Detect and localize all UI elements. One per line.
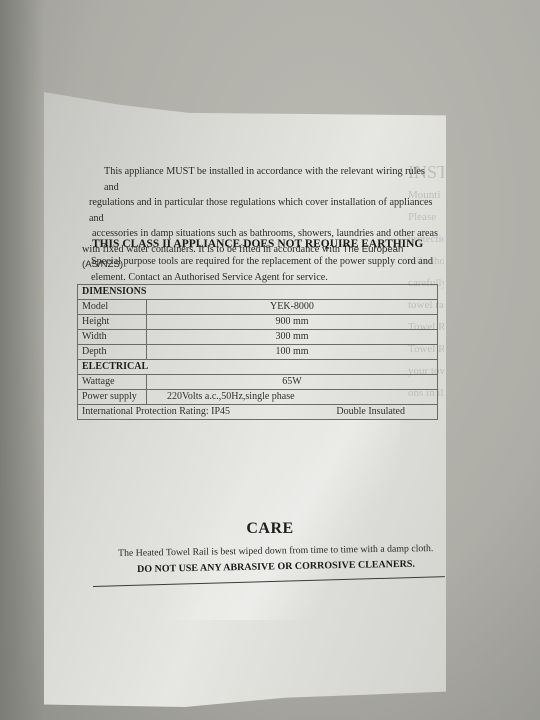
care-heading: CARE (80, 520, 460, 538)
service-paragraph: Special purpose tools are required for t… (91, 254, 451, 285)
spec-value: 300 mm (147, 330, 438, 345)
table-row: Power supply 220Volts a.c.,50Hz,single p… (78, 390, 438, 405)
specifications-table: DIMENSIONS Model YEK-8000 Height 900 mm … (77, 284, 438, 420)
spec-label: Width (78, 330, 147, 345)
spec-label: Wattage (78, 375, 147, 390)
spec-value: 65W (147, 375, 438, 390)
insulation-class: Double Insulated (336, 405, 433, 419)
spec-value: YEK-8000 (147, 300, 438, 315)
intro-line: This appliance MUST be installed in acco… (82, 164, 442, 195)
table-row: Width 300 mm (78, 330, 438, 345)
service-line: Special purpose tools are required for t… (91, 254, 451, 270)
background-shadow (0, 0, 44, 720)
spec-value: 900 mm (147, 315, 438, 330)
table-section-row: DIMENSIONS (78, 285, 438, 300)
spec-label: Height (78, 315, 147, 330)
spec-label: Model (78, 300, 147, 315)
earthing-heading: THIS CLASS II APPLIANCE DOES NOT REQUIRE… (92, 238, 452, 250)
table-row: Height 900 mm (78, 315, 438, 330)
ip-rating: International Protection Rating: IP45 (82, 405, 230, 419)
spec-value: 100 mm (147, 345, 438, 360)
table-row: Wattage 65W (78, 375, 438, 390)
table-row: Depth 100 mm (78, 345, 438, 360)
table-row: Model YEK-8000 (78, 300, 438, 315)
ip-rating-cell: International Protection Rating: IP45 Do… (78, 405, 438, 420)
dimensions-header: DIMENSIONS (78, 285, 438, 300)
table-section-row: ELECTRICAL (78, 360, 438, 375)
electrical-header: ELECTRICAL (78, 360, 438, 375)
spec-label: Depth (78, 345, 147, 360)
spec-value: 220Volts a.c.,50Hz,single phase (147, 390, 438, 405)
spec-label: Power supply (78, 390, 147, 405)
intro-line: regulations and in particular those regu… (82, 195, 442, 226)
service-line: element. Contact an Authorised Service A… (91, 270, 451, 286)
table-row: International Protection Rating: IP45 Do… (78, 405, 438, 420)
